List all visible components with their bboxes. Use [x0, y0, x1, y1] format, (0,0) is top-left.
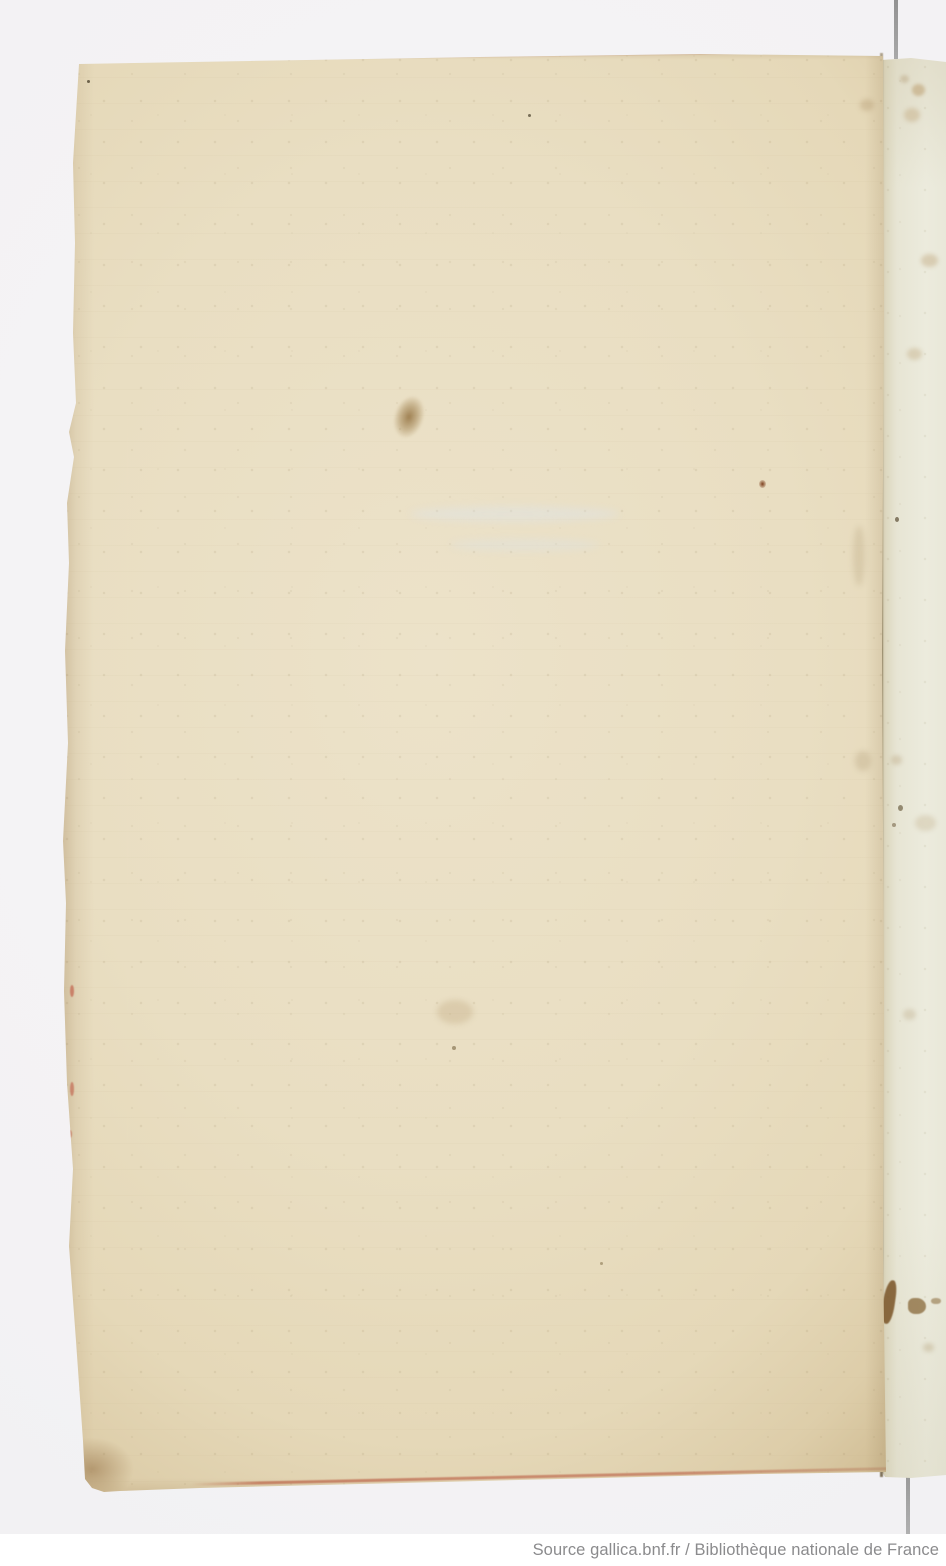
cradle-rule-top: [894, 0, 898, 59]
foxing-smudge: [860, 99, 874, 111]
source-attribution-bar: Source gallica.bnf.fr / Bibliothèque nat…: [0, 1534, 946, 1566]
speck: [452, 1046, 456, 1050]
cradle-rule-bottom: [906, 1477, 910, 1534]
scanned-image: [0, 0, 946, 1534]
ink-blot: [908, 1298, 926, 1314]
page-edge-red-speck: [70, 1082, 74, 1096]
foxing-spot: [923, 1343, 934, 1352]
foxing-spot: [900, 75, 909, 83]
show-through-ghost: [450, 539, 600, 551]
ink-blot: [931, 1298, 941, 1304]
speck: [600, 1262, 603, 1265]
page-edge-red-top: [160, 50, 860, 61]
foxing-spot: [903, 1009, 916, 1020]
page-edge-red-bottom: [190, 1467, 890, 1486]
speck: [898, 805, 903, 811]
foxing-spot: [891, 755, 902, 765]
foxing-smudge: [853, 526, 865, 586]
foxing-smudge: [437, 1000, 473, 1024]
blank-page: [60, 51, 887, 1492]
page-edge-red-speck: [68, 1130, 72, 1138]
page-edge-red-speck: [70, 985, 74, 997]
show-through-ghost: [410, 506, 620, 522]
foxing-spot: [907, 348, 922, 360]
speck: [895, 517, 899, 522]
foxing-spot: [921, 254, 938, 267]
foxing-spot: [912, 84, 925, 96]
facing-page-edge: [881, 58, 946, 1478]
foxing-spot: [915, 815, 936, 831]
foxing-spot: [904, 108, 920, 122]
speck: [528, 114, 531, 117]
foxing-smudge: [855, 751, 871, 771]
speck: [892, 823, 896, 827]
speck: [87, 80, 90, 83]
gallica-scan-viewport: Source gallica.bnf.fr / Bibliothèque nat…: [0, 0, 946, 1566]
source-attribution-text: Source gallica.bnf.fr / Bibliothèque nat…: [533, 1534, 946, 1566]
ink-dot: [759, 480, 766, 488]
ink-stain: [388, 391, 430, 442]
